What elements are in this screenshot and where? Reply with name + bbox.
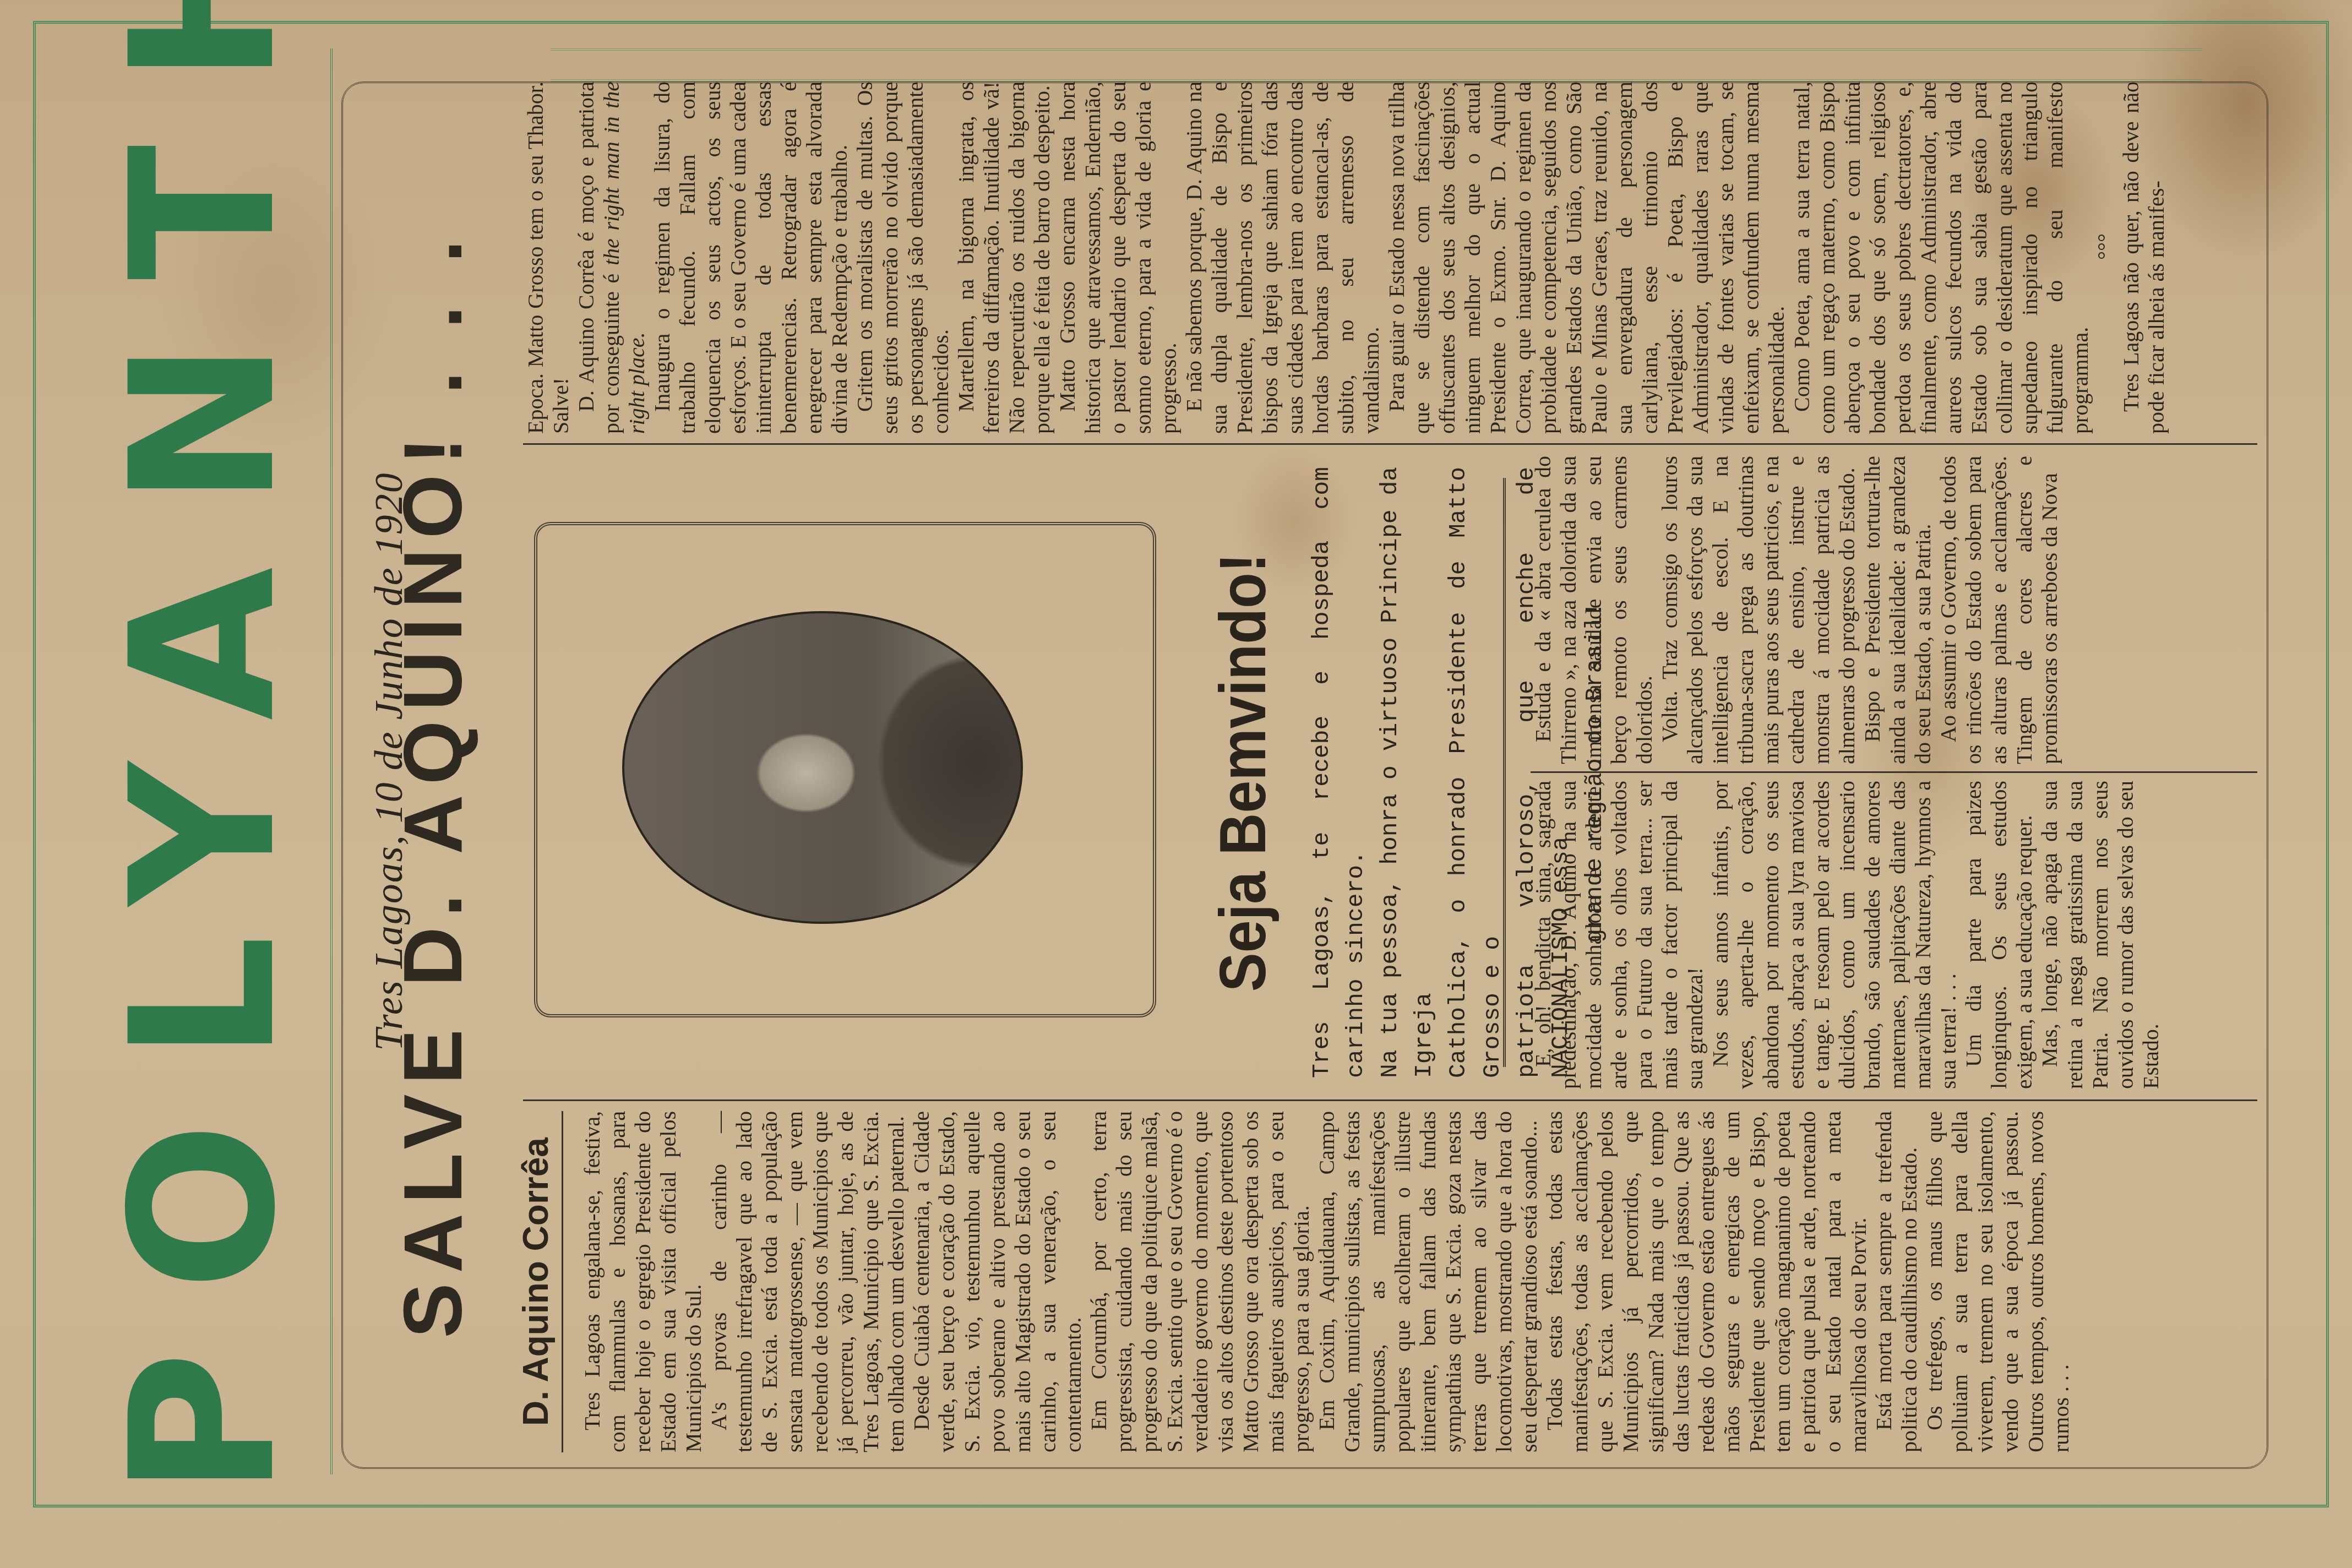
article-body: Tres Lagoas engalana-se, festiva, com fl… bbox=[580, 1111, 2074, 1452]
article-column-right: Epoca. Matto Grosso tem o seu Thabor. Sa… bbox=[523, 81, 2274, 434]
center-column-2: Estuda e da « abra cerulea do Thirreno »… bbox=[1531, 456, 2062, 764]
paragraph-text: Tres Lagoas não quer, não deve não pode … bbox=[2119, 81, 2169, 434]
paragraph: Martellem, na bigorna ingrata, os ferrei… bbox=[954, 81, 1055, 434]
paragraph-text: Matto Grosso encarna nesta hora historic… bbox=[1055, 81, 1181, 434]
paragraph: Em Corumbá, por certo, terra progressist… bbox=[1086, 1111, 1314, 1452]
center-columns: E, oh! bendicta sina, sagrada predestina… bbox=[1531, 456, 2268, 1089]
newspaper-page: POLYANTHÉA Tres Lagoas, 10 de Junho de 1… bbox=[0, 0, 2352, 1568]
paragraph: Gritem os moralistas de multas. Os seus … bbox=[852, 81, 954, 434]
article-heading: D. Aquino Corrêa bbox=[523, 1111, 563, 1452]
paragraph: Todas estas festas, todas estas manifest… bbox=[1542, 1111, 1871, 1452]
welcome-line: Catholica, o honrado Presidente de Matto… bbox=[1441, 467, 1510, 1078]
paragraph: E, oh! bendicta sina, sagrada predestina… bbox=[1531, 781, 1708, 1089]
paragraph: A's provas de carinho — testemunho irref… bbox=[706, 1111, 909, 1452]
paragraph: Inaugura o regimen da lisura, do trabalh… bbox=[650, 81, 852, 434]
column-rule bbox=[1531, 771, 2257, 773]
article-column-left: D. Aquino Corrêa Tres Lagoas engalana-se… bbox=[523, 1111, 2274, 1452]
section-divider bbox=[1503, 478, 1506, 1067]
welcome-line: Na tua pessoa, honra o virtuoso Principe… bbox=[1373, 467, 1441, 1078]
paragraph-text: °°° bbox=[2093, 233, 2118, 260]
paragraph: Tres Lagoas engalana-se, festiva, com fl… bbox=[580, 1111, 706, 1452]
paragraph: Desde Cuiabá centenaria, a Cidade verde,… bbox=[909, 1111, 1086, 1452]
center-column-1: E, oh! bendicta sina, sagrada predestina… bbox=[1531, 781, 2164, 1089]
paragraph: Um dia parte para paizes longinquos. Os … bbox=[1961, 781, 2037, 1089]
paragraph: Em Coxim, Aquidauana, Campo Grande, muni… bbox=[1314, 1111, 1542, 1452]
paragraph-text: E não sabemos porque, D. Aquino na sua d… bbox=[1182, 81, 1384, 434]
masthead-title: POLYANTHÉA bbox=[105, 26, 303, 1496]
paragraph: Está morta para sempre a trefenda politi… bbox=[1871, 1111, 1922, 1452]
welcome-line: Tres Lagoas, te recebe e hospeda com car… bbox=[1305, 467, 1373, 1078]
paragraph: Ao assumir o Governo, de todos os rincõe… bbox=[1936, 456, 2062, 764]
portrait-photo bbox=[622, 611, 1023, 924]
paragraph: Matto Grosso encarna nesta hora historic… bbox=[1055, 81, 1182, 434]
paragraph: Como Poeta, ama a sua terra natal, como … bbox=[1789, 81, 2093, 434]
column-rule bbox=[523, 1099, 2257, 1101]
paragraph: D. Aquino Corrêa é moço e patriota por c… bbox=[574, 81, 650, 434]
masthead: POLYANTHÉA Tres Lagoas, 10 de Junho de 1… bbox=[88, 26, 347, 1496]
paragraph: Mas, longe, não apaga da sua retina a ne… bbox=[2037, 781, 2164, 1089]
paragraph: Estuda e da « abra cerulea do Thirreno »… bbox=[1531, 456, 1657, 764]
paragraph-text: Martellem, na bigorna ingrata, os ferrei… bbox=[954, 81, 1054, 434]
paragraph-text: Inaugura o regimen da lisura, do trabalh… bbox=[650, 81, 852, 434]
paragraph: Bispo e Presidente tortura-lhe ainda a s… bbox=[1860, 456, 1936, 764]
paragraph-text: Gritem os moralistas de multas. Os seus … bbox=[852, 81, 953, 434]
paragraph: Volta. Traz comsigo os louros alcançados… bbox=[1657, 456, 1860, 764]
paragraph-text: Epoca. Matto Grosso tem o seu Thabor. Sa… bbox=[523, 81, 573, 434]
section-mark: °°° bbox=[2093, 81, 2119, 434]
headline: SALVE D. AQUINO! . . . bbox=[385, 99, 481, 1469]
paragraph: E não sabemos porque, D. Aquino na sua d… bbox=[1182, 81, 1384, 434]
green-vine-ornament bbox=[551, 48, 2202, 81]
paragraph-text: Como Poeta, ama a sua terra natal, como … bbox=[1789, 81, 2093, 434]
paragraph: Tres Lagoas não quer, não deve não pode … bbox=[2119, 81, 2169, 434]
paragraph: Nos seus annos infantis, por vezes, aper… bbox=[1708, 781, 1961, 1089]
paragraph: Para guiar o Estado nessa nova trilha qu… bbox=[1384, 81, 1789, 434]
paragraph-text: Para guiar o Estado nessa nova trilha qu… bbox=[1384, 81, 1789, 434]
masthead-rule bbox=[330, 48, 333, 1474]
paragraph: Epoca. Matto Grosso tem o seu Thabor. Sa… bbox=[523, 81, 574, 434]
welcome-heading: Seja Bemvindo! bbox=[1206, 488, 1281, 1058]
paragraph: Os trefegos, os maus filhos que polluiam… bbox=[1922, 1111, 2074, 1452]
center-section: Seja Bemvindo! Tres Lagoas, te recebe e … bbox=[523, 456, 2274, 1089]
column-rule bbox=[523, 443, 2257, 445]
